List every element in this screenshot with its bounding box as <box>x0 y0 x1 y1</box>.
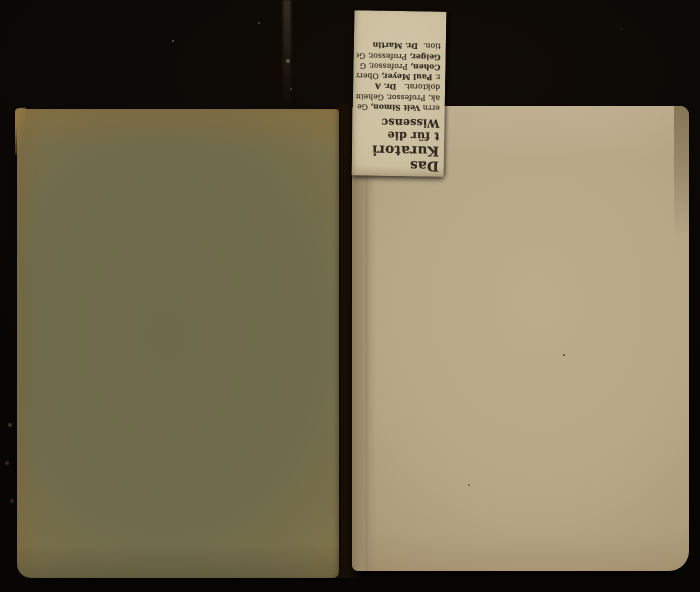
clipping-text-block: Das Kuratori t für die Wissensc errn Vei… <box>352 10 447 177</box>
clipping-headline: Das Kuratori <box>355 141 440 172</box>
clipping-line: r. Paul Meyer, Oberr <box>356 70 440 82</box>
newspaper-clipping: Das Kuratori t für die Wissensc errn Vei… <box>352 10 447 177</box>
clipping-subheadline: t für die Wissensc <box>355 115 439 142</box>
left-page-blank <box>17 109 339 578</box>
clipping-line: Cohen, Professor, G <box>356 60 440 72</box>
dust-specks <box>0 0 2 2</box>
gloss-streak <box>283 0 291 112</box>
clipping-line: Geiger, Professor, Ge <box>357 49 441 61</box>
clipping-line: errn Veit Simon, Ge <box>356 101 440 113</box>
book-photo: Das Kuratori t für die Wissensc errn Vei… <box>0 0 700 592</box>
clipping-line: ak, Professor, Geheimr <box>356 91 440 103</box>
